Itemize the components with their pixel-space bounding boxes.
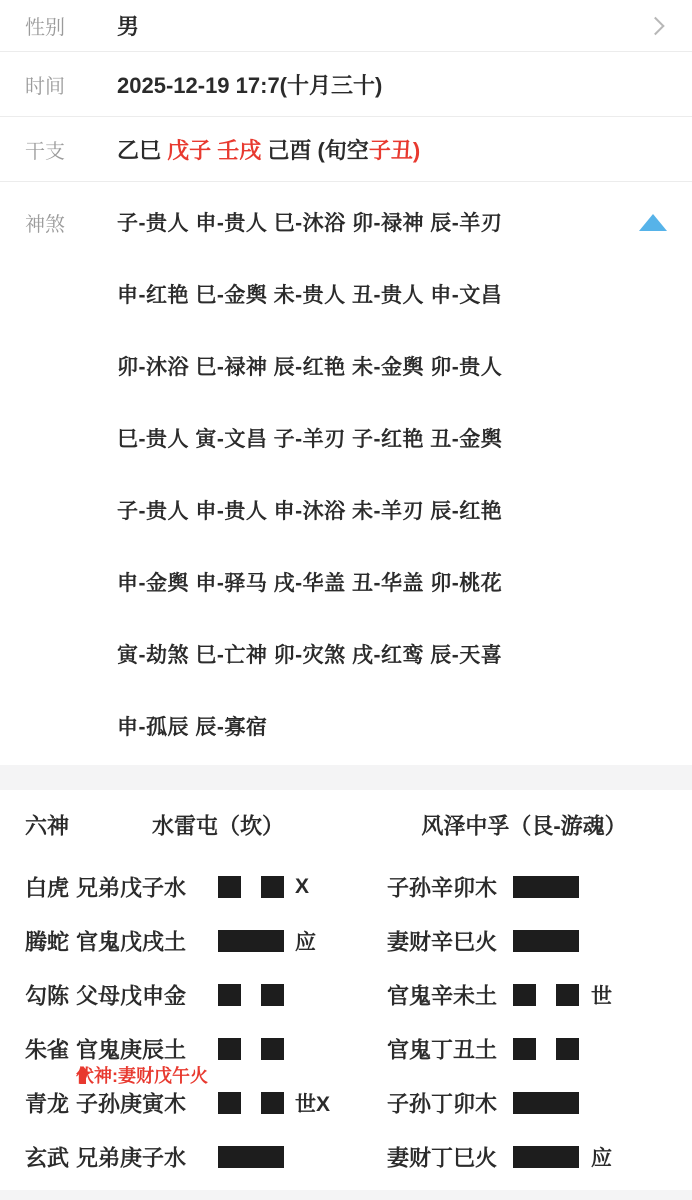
- main-yao-line: [218, 876, 284, 898]
- changed-yao-line: [513, 876, 579, 898]
- main-line-text: 父母戊申金: [76, 980, 186, 1011]
- main-line-text: 子孙庚寅木: [76, 1088, 186, 1119]
- shensha-row: 子-贵人 申-贵人 巳-沐浴 卯-禄神 辰-羊刃: [117, 186, 692, 258]
- fushen-annotation: 伏神:妻财戊午火: [76, 1064, 90, 1086]
- main-yao-line: [218, 1038, 284, 1060]
- hexagram-row: 伏神:妻财戊午火 青龙 子孙庚寅木 世X 子孙丁卯木: [0, 1076, 692, 1130]
- changed-yao-line: [513, 1038, 579, 1060]
- changed-yao-line: [513, 930, 579, 952]
- changed-line-text: 官鬼丁丑土: [387, 1034, 497, 1065]
- spirit-label: 朱雀: [25, 1034, 69, 1065]
- main-line-text: 兄弟戊子水: [76, 872, 186, 903]
- liushen-column-header: 六神: [25, 810, 69, 841]
- main-line-text: 官鬼戊戌土: [76, 926, 186, 957]
- hexagram-row: 腾蛇 官鬼戊戌土 应 妻财辛巳火: [0, 914, 692, 968]
- main-line-marker: 世X: [295, 1088, 330, 1118]
- shensha-row: 寅-劫煞 巳-亡神 卯-灾煞 戌-红鸾 辰-天喜: [117, 618, 692, 690]
- changed-line-text: 妻财辛巳火: [387, 926, 497, 957]
- main-line-marker: X: [295, 875, 309, 899]
- main-hexagram-title: 水雷屯（坎）: [152, 810, 284, 841]
- spirit-label: 青龙: [25, 1088, 69, 1119]
- shensha-label: 神煞: [25, 186, 65, 258]
- ganzhi-seg-red1: 戊子 壬戌: [167, 138, 261, 163]
- main-line-marker: 应: [295, 926, 316, 956]
- changed-line-marker: 应: [591, 1142, 612, 1172]
- spirit-label: 腾蛇: [25, 926, 69, 957]
- shensha-row: 卯-沐浴 巳-禄神 辰-红艳 未-金舆 卯-贵人: [117, 330, 692, 402]
- changed-yao-line: [513, 984, 579, 1006]
- changed-yao-line: [513, 1092, 579, 1114]
- changed-line-text: 妻财丁巳火: [387, 1142, 497, 1173]
- main-yao-line: [218, 1092, 284, 1114]
- changed-line-text: 子孙丁卯木: [387, 1088, 497, 1119]
- fushen-text: 伏神:妻财戊午火: [76, 1062, 208, 1088]
- hexagram-section: 六神 水雷屯（坎） 风泽中孚（艮-游魂） 白虎 兄弟戊子水 X 子孙辛卯木 腾蛇…: [0, 790, 692, 1184]
- liuyao-result-page: 性别 男 时间 2025-12-19 17:7(十月三十) 干支 乙巳 戊子 壬…: [0, 0, 692, 1200]
- shensha-row: 申-金舆 申-驿马 戌-华盖 丑-华盖 卯-桃花: [117, 546, 692, 618]
- hexagram-row: 玄武 兄弟庚子水 妻财丁巳火 应: [0, 1130, 692, 1184]
- ganzhi-seg-dark2: 己酉 (旬空: [261, 138, 369, 163]
- bottom-divider: [0, 1190, 692, 1200]
- main-yao-line: [218, 1146, 284, 1168]
- hexagram-row: 白虎 兄弟戊子水 X 子孙辛卯木: [0, 860, 692, 914]
- spirit-label: 白虎: [25, 872, 69, 903]
- gender-value: 男: [117, 10, 139, 41]
- shensha-row: 申-红艳 巳-金舆 未-贵人 丑-贵人 申-文昌: [117, 258, 692, 330]
- shensha-row: 巳-贵人 寅-文昌 子-羊刃 子-红艳 丑-金舆: [117, 402, 692, 474]
- ganzhi-value: 乙巳 戊子 壬戌 己酉 (旬空子丑): [117, 134, 420, 165]
- spirit-label: 玄武: [25, 1142, 69, 1173]
- chevron-right-icon[interactable]: [646, 16, 664, 34]
- changed-hexagram-title: 风泽中孚（艮-游魂）: [421, 810, 626, 841]
- gender-row[interactable]: 性别 男: [0, 0, 692, 52]
- main-yao-line: [218, 930, 284, 952]
- hexagram-header: 六神 水雷屯（坎） 风泽中孚（艮-游魂）: [0, 790, 692, 860]
- spirit-label: 勾陈: [25, 980, 69, 1011]
- ganzhi-label: 干支: [25, 135, 65, 164]
- main-line-text: 兄弟庚子水: [76, 1142, 186, 1173]
- time-value: 2025-12-19 17:7(十月三十): [117, 69, 382, 100]
- gender-label: 性别: [25, 11, 65, 40]
- collapse-triangle-icon[interactable]: [639, 214, 667, 231]
- changed-line-text: 官鬼辛未土: [387, 980, 497, 1011]
- main-yao-line: [218, 984, 284, 1006]
- shensha-row: 申-孤辰 辰-寡宿: [117, 690, 692, 762]
- time-label: 时间: [25, 70, 65, 99]
- changed-line-text: 子孙辛卯木: [387, 872, 497, 903]
- changed-yao-line: [513, 1146, 579, 1168]
- shensha-row: 子-贵人 申-贵人 申-沐浴 未-羊刃 辰-红艳: [117, 474, 692, 546]
- main-line-text: 官鬼庚辰土: [76, 1034, 186, 1065]
- time-row[interactable]: 时间 2025-12-19 17:7(十月三十): [0, 52, 692, 117]
- ganzhi-seg-dark1: 乙巳: [117, 138, 167, 163]
- hexagram-row: 勾陈 父母戊申金 官鬼辛未土 世: [0, 968, 692, 1022]
- shensha-section: 神煞 子-贵人 申-贵人 巳-沐浴 卯-禄神 辰-羊刃 申-红艳 巳-金舆 未-…: [0, 182, 692, 765]
- section-divider: [0, 765, 692, 790]
- ganzhi-seg-red2: 子丑): [369, 138, 420, 163]
- ganzhi-row: 干支 乙巳 戊子 壬戌 己酉 (旬空子丑): [0, 117, 692, 182]
- changed-line-marker: 世: [591, 980, 612, 1010]
